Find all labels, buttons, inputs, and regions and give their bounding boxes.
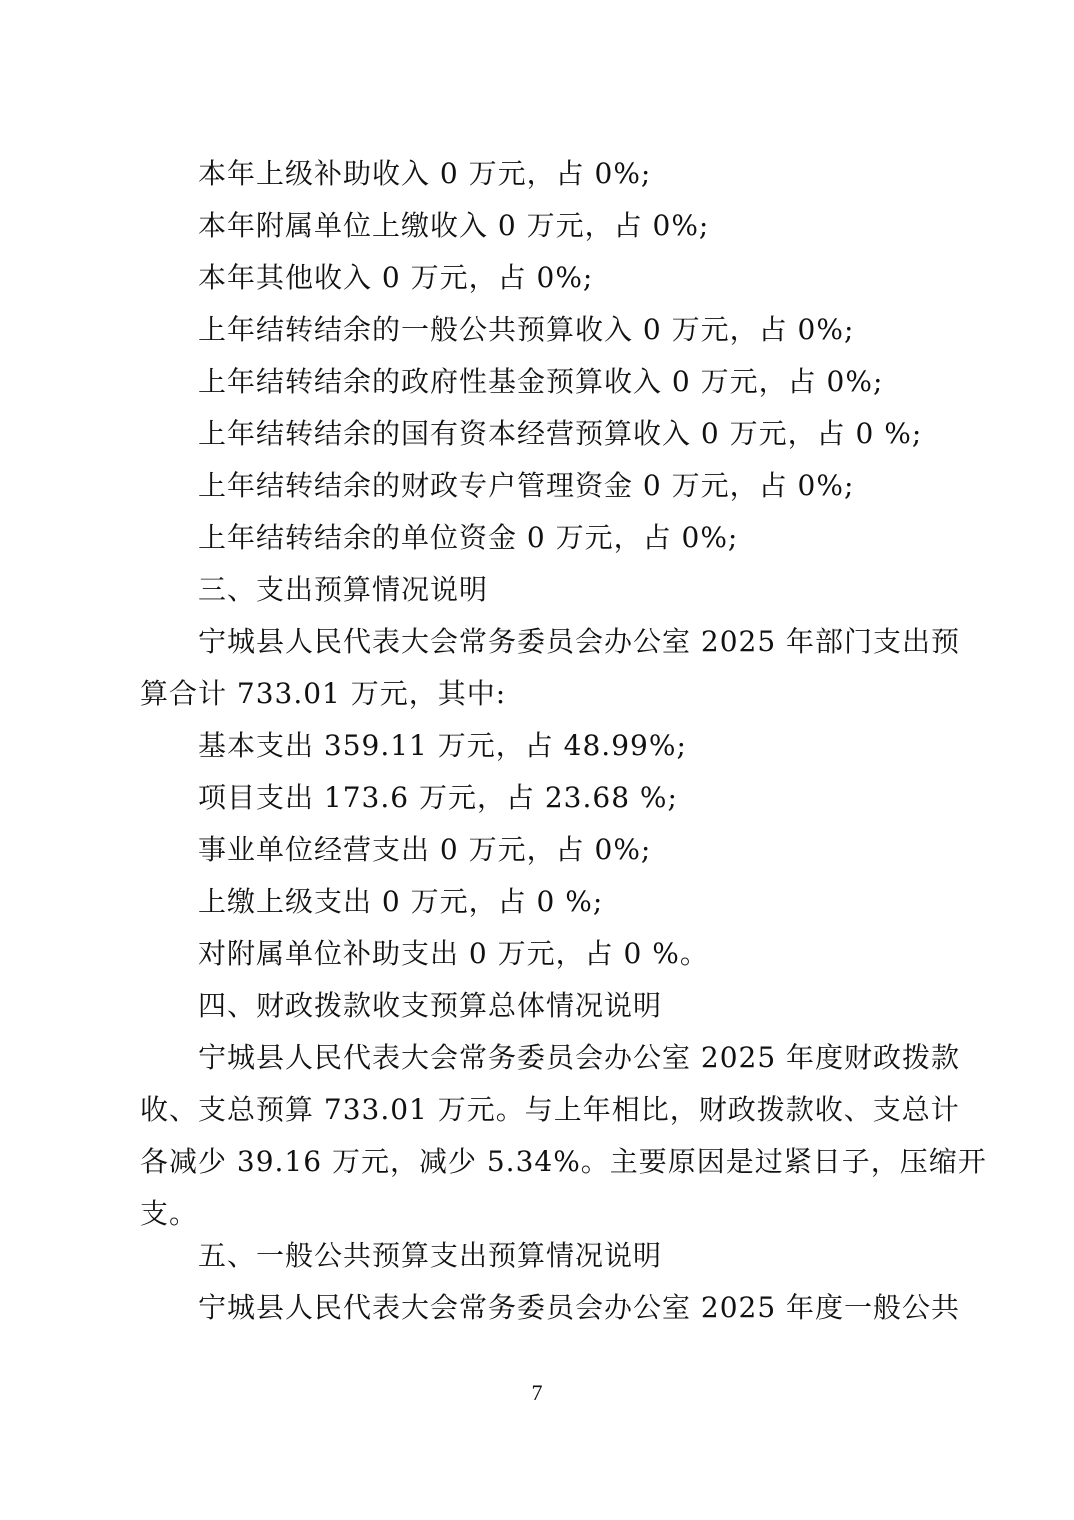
section-heading-3: 三、支出预算情况说明 (198, 572, 998, 608)
income-item: 本年附属单位上缴收入 0 万元，占 0%; (198, 208, 998, 244)
income-item: 本年上级补助收入 0 万元，占 0%; (198, 156, 998, 192)
expense-item: 对附属单位补助支出 0 万元，占 0 %。 (198, 936, 998, 972)
document-page: 本年上级补助收入 0 万元，占 0%; 本年附属单位上缴收入 0 万元，占 0%… (0, 0, 1074, 1520)
paragraph-line: 宁城县人民代表大会常务委员会办公室 2025 年部门支出预 (198, 624, 998, 660)
page-number: 7 (0, 1380, 1074, 1406)
income-item: 本年其他收入 0 万元，占 0%; (198, 260, 998, 296)
income-item: 上年结转结余的财政专户管理资金 0 万元，占 0%; (198, 468, 998, 504)
income-item: 上年结转结余的单位资金 0 万元，占 0%; (198, 520, 998, 556)
section-heading-4: 四、财政拨款收支预算总体情况说明 (198, 988, 998, 1024)
paragraph-line: 收、支总预算 733.01 万元。与上年相比，财政拨款收、支总计 (140, 1092, 940, 1128)
paragraph-line: 各减少 39.16 万元，减少 5.34%。主要原因是过紧日子，压缩开 (140, 1144, 940, 1180)
expense-item: 上缴上级支出 0 万元，占 0 %; (198, 884, 998, 920)
paragraph-line: 算合计 733.01 万元，其中: (140, 676, 940, 712)
paragraph-line: 支。 (140, 1196, 940, 1232)
section-heading-5: 五、一般公共预算支出预算情况说明 (198, 1238, 998, 1274)
income-item: 上年结转结余的一般公共预算收入 0 万元，占 0%; (198, 312, 998, 348)
income-item: 上年结转结余的国有资本经营预算收入 0 万元，占 0 %; (198, 416, 998, 452)
expense-item: 基本支出 359.11 万元，占 48.99%; (198, 728, 998, 764)
expense-item: 事业单位经营支出 0 万元，占 0%; (198, 832, 998, 868)
income-item: 上年结转结余的政府性基金预算收入 0 万元，占 0%; (198, 364, 998, 400)
paragraph-line: 宁城县人民代表大会常务委员会办公室 2025 年度一般公共 (198, 1290, 998, 1326)
paragraph-line: 宁城县人民代表大会常务委员会办公室 2025 年度财政拨款 (198, 1040, 998, 1076)
expense-item: 项目支出 173.6 万元，占 23.68 %; (198, 780, 998, 816)
